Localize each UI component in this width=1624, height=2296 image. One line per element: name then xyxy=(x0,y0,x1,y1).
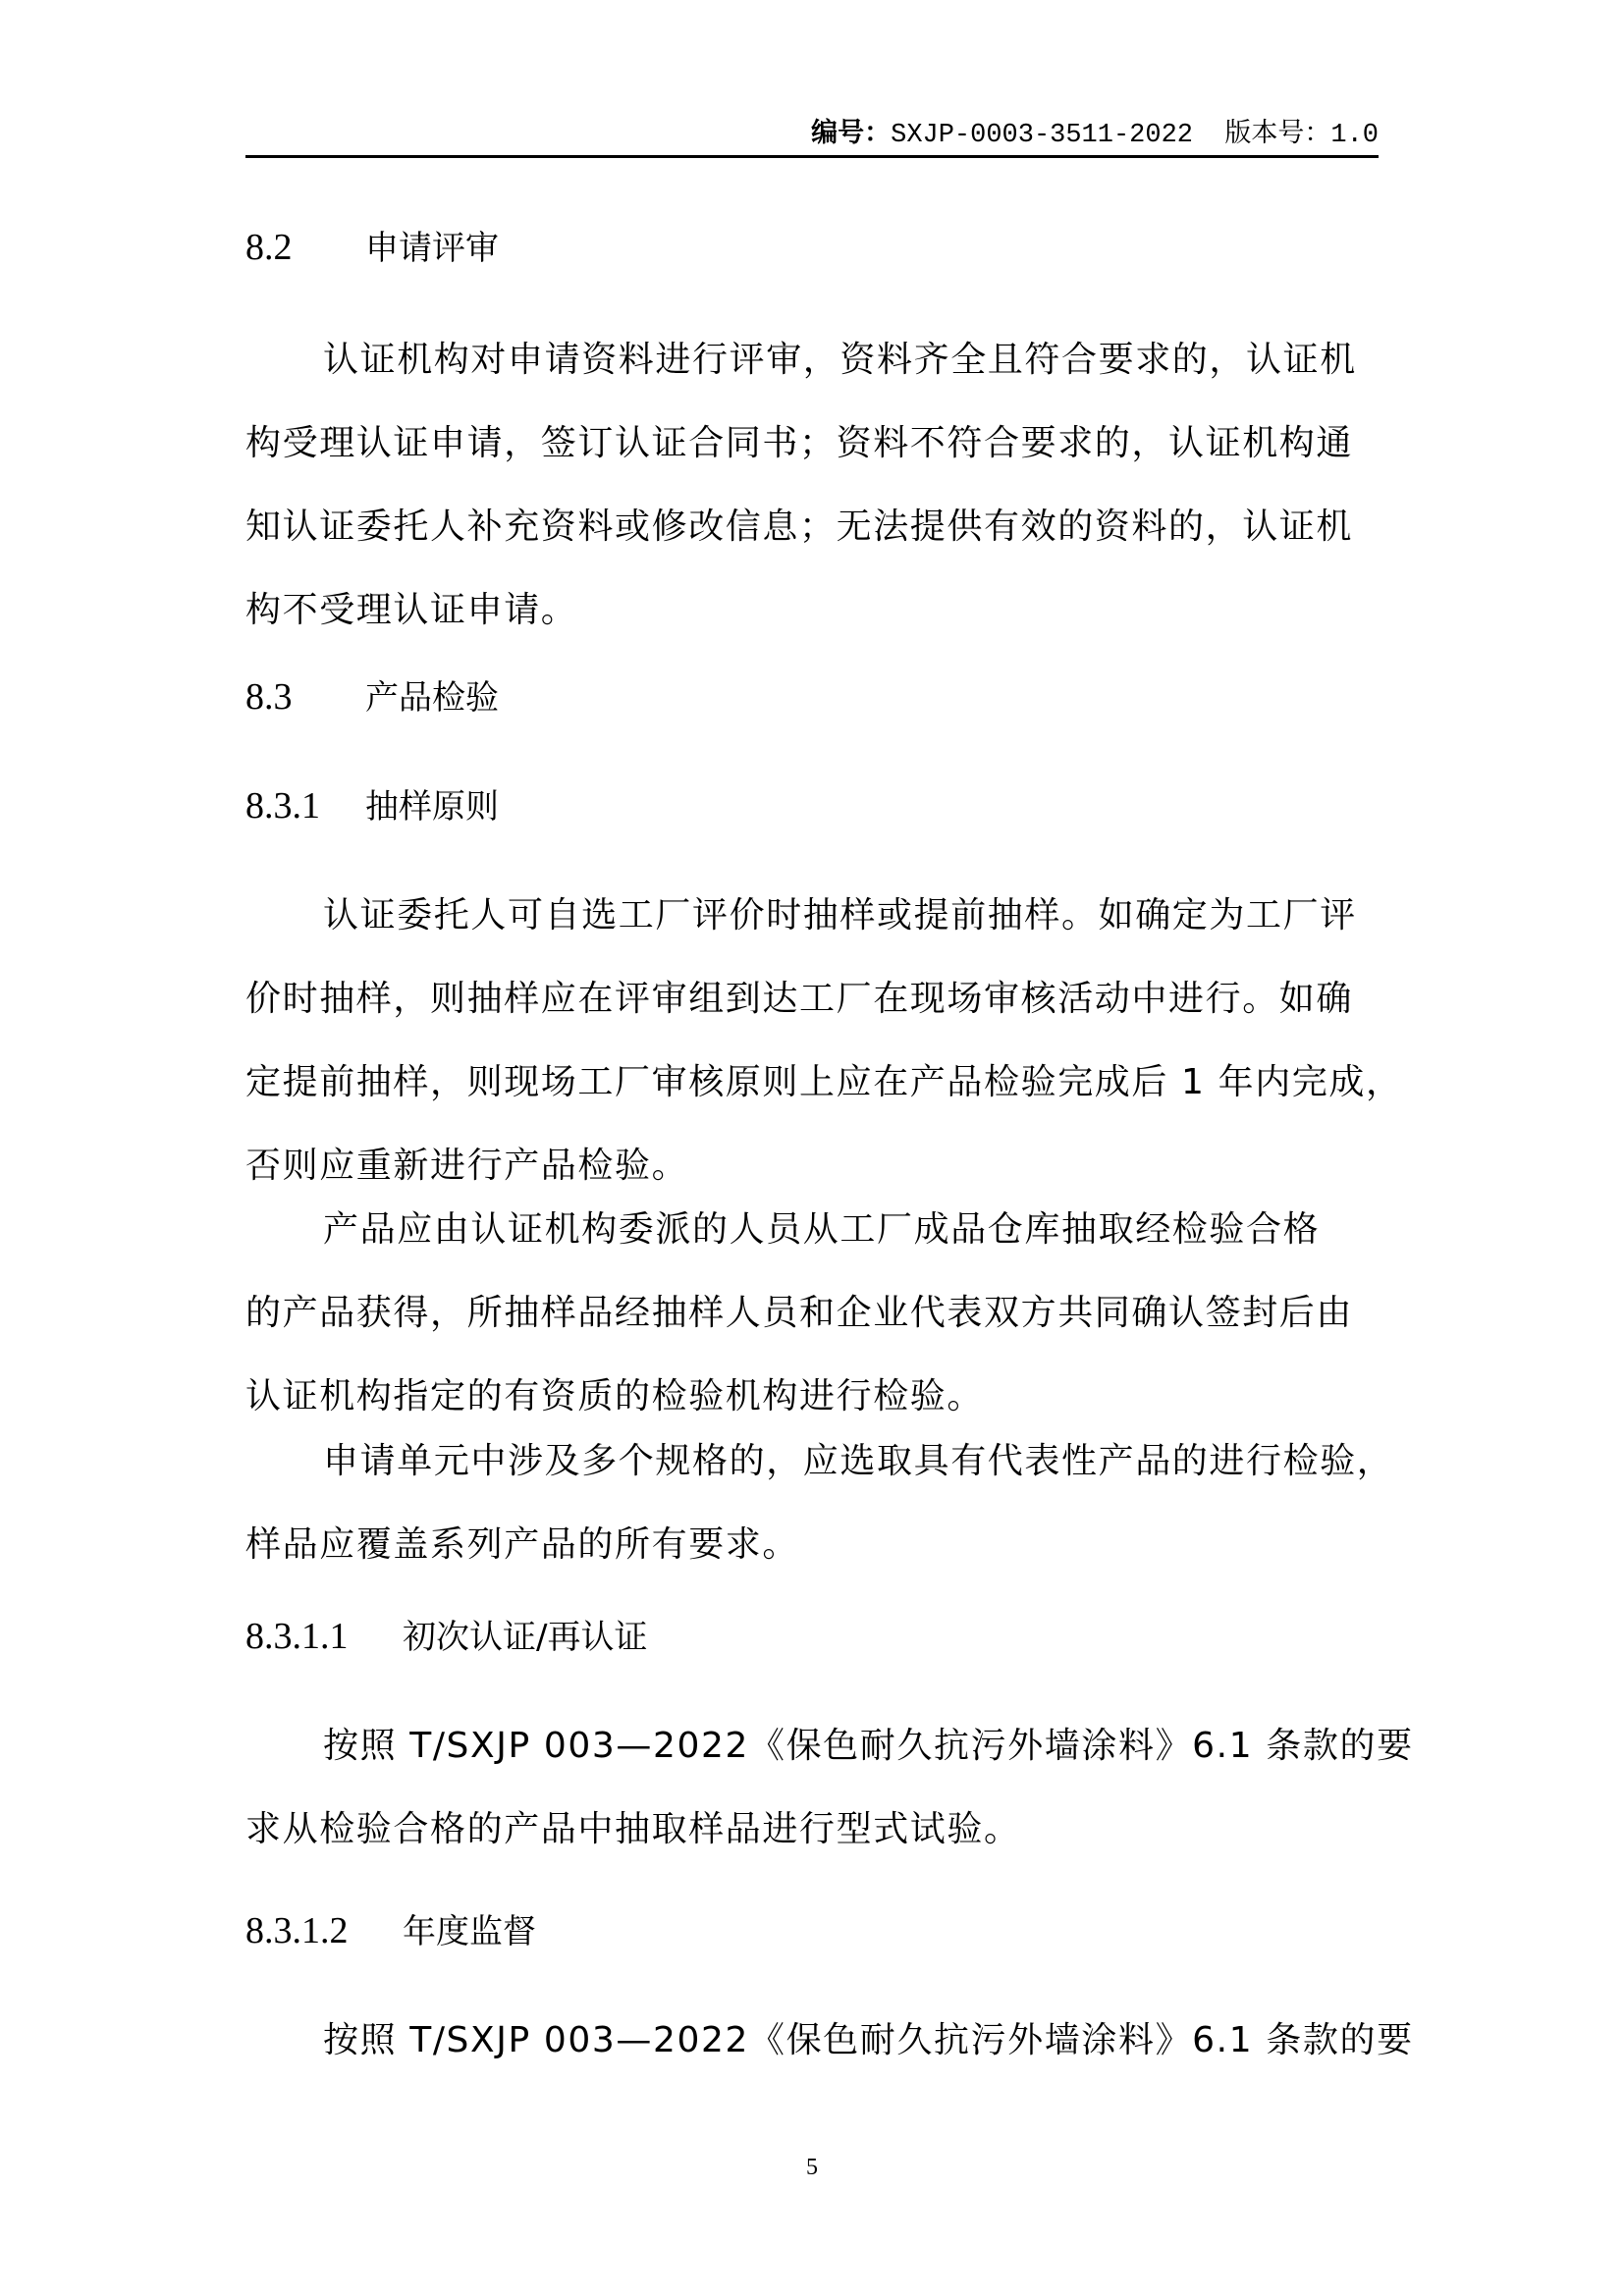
text-line: 按照 T/SXJP 003—2022《保色耐久抗污外墙涂料》6.1 条款的要 xyxy=(245,1704,1384,1788)
text-line: 认证委托人可自选工厂评价时抽样或提前抽样。如确定为工厂评 xyxy=(245,874,1384,957)
doc-number-label: 编号： xyxy=(811,118,891,148)
text-line: 按照 T/SXJP 003—2022《保色耐久抗污外墙涂料》6.1 条款的要 xyxy=(245,1999,1384,2082)
text-line: 认证机构对申请资料进行评审，资料齐全且符合要求的，认证机 xyxy=(245,318,1384,401)
paragraph-8-3-1-1: 认证委托人可自选工厂评价时抽样或提前抽样。如确定为工厂评 价时抽样，则抽样应在评… xyxy=(245,874,1384,1207)
text-line: 求从检验合格的产品中抽取样品进行型式试验。 xyxy=(245,1788,1384,1871)
section-heading-8-3-1: 8.3.1抽样原则 xyxy=(245,782,1384,830)
header-rule xyxy=(245,155,1379,158)
doc-number: SXJP-0003-3511-2022 xyxy=(891,121,1193,150)
section-number: 8.3.1 xyxy=(245,782,365,829)
section-title: 产品检验 xyxy=(365,678,499,718)
section-title: 抽样原则 xyxy=(365,787,499,827)
text-line: 的产品获得，所抽样品经抽样人员和企业代表双方共同确认签封后由 xyxy=(245,1271,1384,1355)
section-heading-8-2: 8.2申请评审 xyxy=(245,224,1384,272)
section-title: 申请评审 xyxy=(365,229,499,268)
text-line: 产品应由认证机构委派的人员从工厂成品仓库抽取经检验合格 xyxy=(245,1188,1384,1271)
section-number: 8.3.1.2 xyxy=(245,1907,403,1954)
text-line: 构受理认证申请，签订认证合同书；资料不符合要求的，认证机构通 xyxy=(245,401,1384,485)
text-line: 构不受理认证申请。 xyxy=(245,568,1384,652)
text-line: 定提前抽样，则现场工厂审核原则上应在产品检验完成后 1 年内完成， xyxy=(245,1041,1384,1124)
paragraph-8-2-1: 认证机构对申请资料进行评审，资料齐全且符合要求的，认证机 构受理认证申请，签订认… xyxy=(245,318,1384,652)
paragraph-8-3-1-2-1: 按照 T/SXJP 003—2022《保色耐久抗污外墙涂料》6.1 条款的要 xyxy=(245,1999,1384,2082)
version-number: 1.0 xyxy=(1330,121,1379,150)
section-number: 8.3 xyxy=(245,673,365,721)
text-line: 样品应覆盖系列产品的所有要求。 xyxy=(245,1503,1384,1586)
section-heading-8-3-1-1: 8.3.1.1初次认证/再认证 xyxy=(245,1613,1384,1661)
section-heading-8-3: 8.3产品检验 xyxy=(245,673,1384,721)
text-line: 价时抽样，则抽样应在评审组到达工厂在现场审核活动中进行。如确 xyxy=(245,957,1384,1041)
paragraph-8-3-1-3: 申请单元中涉及多个规格的，应选取具有代表性产品的进行检验， 样品应覆盖系列产品的… xyxy=(245,1419,1384,1586)
paragraph-8-3-1-2: 产品应由认证机构委派的人员从工厂成品仓库抽取经检验合格 的产品获得，所抽样品经抽… xyxy=(245,1188,1384,1438)
section-title: 年度监督 xyxy=(403,1912,536,1951)
section-number: 8.2 xyxy=(245,224,365,271)
paragraph-8-3-1-1-1: 按照 T/SXJP 003—2022《保色耐久抗污外墙涂料》6.1 条款的要 求… xyxy=(245,1704,1384,1871)
section-title: 初次认证/再认证 xyxy=(403,1618,647,1657)
version-label: 版本号： xyxy=(1224,118,1330,148)
text-line: 申请单元中涉及多个规格的，应选取具有代表性产品的进行检验， xyxy=(245,1419,1384,1503)
page-number: 5 xyxy=(0,2155,1624,2181)
section-heading-8-3-1-2: 8.3.1.2年度监督 xyxy=(245,1907,1384,1955)
section-number: 8.3.1.1 xyxy=(245,1613,403,1660)
page-header: 编号：SXJP-0003-3511-2022 版本号：1.0 xyxy=(245,116,1379,153)
text-line: 知认证委托人补充资料或修改信息；无法提供有效的资料的，认证机 xyxy=(245,485,1384,568)
